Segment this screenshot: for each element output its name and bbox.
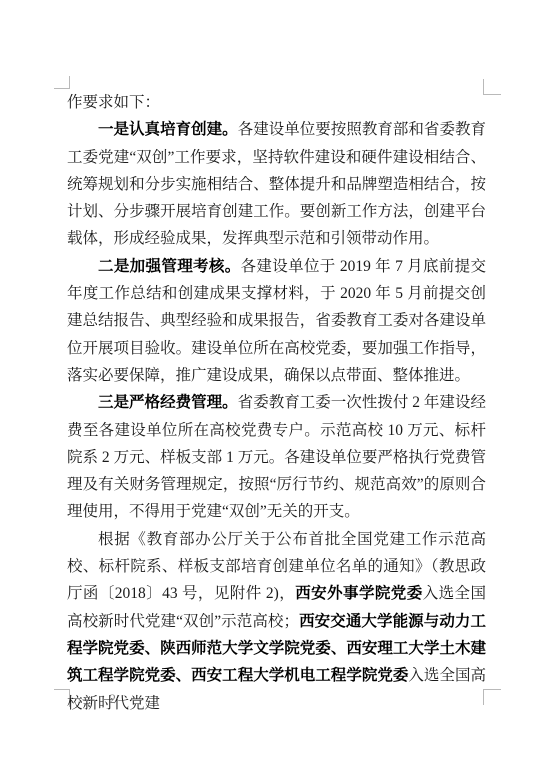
bold-text-segment: 三是严格经费管理。	[98, 394, 238, 411]
text-block: 作要求如下：一是认真培育创建。各建设单位要按照教育部和省委教育工委党建“双创”工…	[67, 89, 486, 717]
page-number: — 2 —	[82, 692, 147, 707]
paragraph: 一是认真培育创建。各建设单位要按照教育部和省委教育工委党建“双创”工作要求，坚持…	[67, 116, 486, 252]
bold-text-segment: 一是认真培育创建。	[98, 121, 238, 138]
text-segment: 各建设单位于 2019 年 7 月底前提交年度工作总结和创建成果支撑材料，于 2…	[67, 258, 486, 384]
text-segment: 作要求如下：	[67, 94, 160, 111]
paragraph: 三是严格经费管理。省委教育工委一次性拨付 2 年建设经费至各建设单位所在高校党费…	[67, 389, 486, 525]
bold-text-segment: 西安外事学院党委	[295, 585, 422, 602]
paragraph: 作要求如下：	[67, 89, 486, 116]
text-segment: 各建设单位要按照教育部和省委教育工委党建“双创”工作要求，坚持软件建设和硬件建设…	[67, 121, 486, 247]
document-page: 作要求如下：一是认真培育创建。各建设单位要按照教育部和省委教育工委党建“双创”工…	[0, 0, 552, 784]
text-segment: 省委教育工委一次性拨付 2 年建设经费至各建设单位所在高校党费专户。示范高校 1…	[67, 394, 486, 520]
text-boundary-crop-mark-top-left	[54, 76, 70, 89]
bold-text-segment: 二是加强管理考核。	[98, 258, 241, 275]
paragraph: 根据《教育部办公厅关于公布首批全国党建工作示范高校、标杆院系、样板支部培育创建单…	[67, 526, 486, 717]
paragraph: 二是加强管理考核。各建设单位于 2019 年 7 月底前提交年度工作总结和创建成…	[67, 253, 486, 389]
